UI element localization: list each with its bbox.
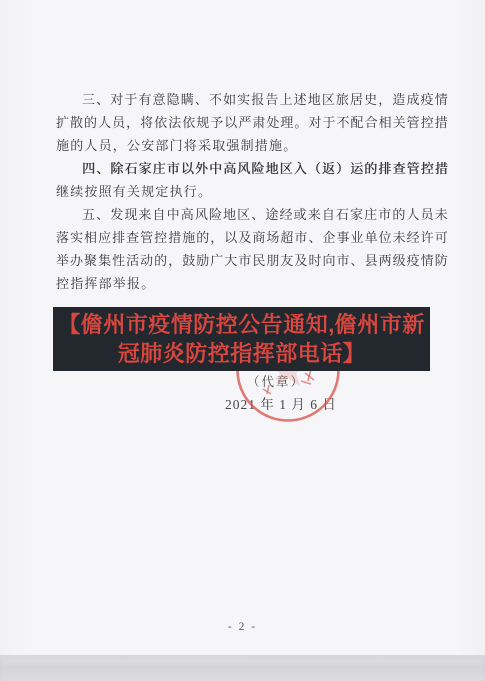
body-text-line: 控指挥部举报。 — [56, 272, 448, 295]
overlay-title-line-1: 【儋州市疫情防控公告通知,儋州市新 — [53, 310, 430, 339]
body-text-line: 举办聚集性活动的，鼓励广大市民朋友及时向市、县两级疫情防 — [56, 249, 448, 272]
scan-background-edge — [0, 655, 485, 681]
body-text-line: 落实相应排查管控措施的，以及商场超市、企事业单位未经许可 — [56, 226, 448, 249]
body-text-line: 施的人员，公安部门将采取强制措施。 — [56, 134, 448, 157]
overlay-title-line-2: 冠肺炎防控指挥部电话】 — [53, 339, 430, 368]
body-text-line: 扩散的人员，将依法依规予以严肃处理。对于不配合相关管控措 — [56, 111, 448, 134]
body-text-line: 三、对于有意隐瞒、不如实报告上述地区旅居史，造成疫情 — [56, 88, 448, 111]
body-text-line: 继续按照有关规定执行。 — [56, 180, 448, 203]
overlay-title-banner: 【儋州市疫情防控公告通知,儋州市新 冠肺炎防控指挥部电话】 — [53, 307, 430, 371]
body-text-line: 四、除石家庄市以外中高风险地区入（返）运的排查管控措施， — [56, 157, 448, 180]
document-body-text: 三、对于有意隐瞒、不如实报告上述地区旅居史，造成疫情 扩散的人员，将依法依规予以… — [56, 88, 448, 295]
page-number: - 2 - — [0, 621, 485, 633]
scanned-document-page: 三、对于有意隐瞒、不如实报告上述地区旅居史，造成疫情 扩散的人员，将依法依规予以… — [0, 0, 485, 681]
body-text-line: 五、发现来自中高风险地区、途经或来自石家庄市的人员未 — [56, 203, 448, 226]
